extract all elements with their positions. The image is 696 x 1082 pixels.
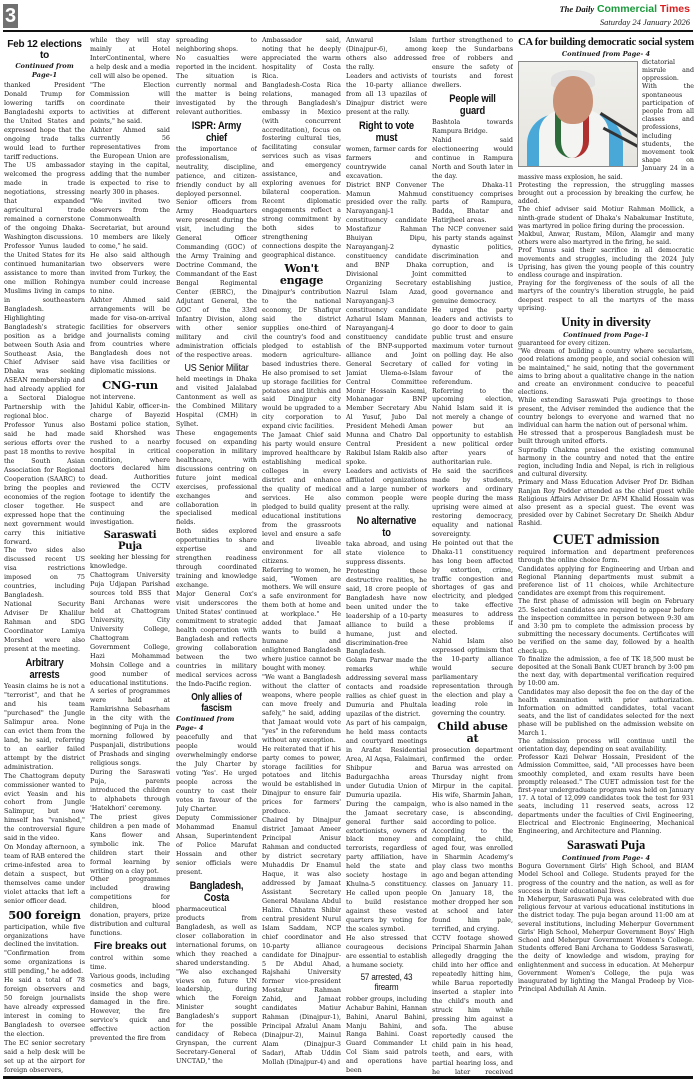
paragraph: CCTV footage showed Principal Sharmin Ja… <box>432 934 513 1074</box>
paragraph: Praying for the forgiveness of the souls… <box>518 280 694 313</box>
paragraph: Highlighting Bangladesh's strategic posi… <box>4 314 85 421</box>
paragraph: While extending Saraswati Puja greetings… <box>518 397 694 430</box>
column-5: Anwarul Islam (Dinajpur-6), among others… <box>346 36 427 1074</box>
paragraph: He reiterated that if his party comes to… <box>262 745 341 817</box>
paragraph: Various goods, including cosmetics and b… <box>90 972 170 1044</box>
headline-us-senior-militar: US Senior Militar <box>182 363 251 375</box>
column-2: while they will stay mainly at Hotel Int… <box>90 36 170 1074</box>
paragraph: guaranteed for every citizen. <box>518 340 694 348</box>
paragraph: Leaders and activists of affiliated orga… <box>346 467 427 512</box>
paragraph: Anwarul Islam (Dinajpur-6), among others… <box>346 36 427 72</box>
headline-cng-run: CNG-run <box>90 379 170 392</box>
paragraph: Supradip Chakma praised the existing com… <box>518 447 694 480</box>
paragraph: required information and department pref… <box>518 549 694 565</box>
top-rule <box>3 30 693 32</box>
paragraph: women, farmer cards for farmers and coun… <box>346 145 427 181</box>
column-6: further strengthened to keep the Sundarb… <box>432 36 513 1074</box>
paragraph: "Confirmation from some organizations is… <box>4 949 85 976</box>
paragraph: On Monday afternoon, a team of RAB enter… <box>4 843 85 906</box>
paragraph: National Security Adviser Dr Khalilur Ra… <box>4 600 85 654</box>
paragraph: He also said although two observers were… <box>90 251 170 296</box>
column-1: Feb 12 elections to Continued from Page-… <box>4 36 85 1074</box>
brand-times: Times <box>660 3 690 15</box>
paragraph: The US ambassador welcomed the progress … <box>4 161 85 242</box>
paragraph: held meetings in Dhaka and visited Jalal… <box>176 375 257 429</box>
headline-people-will-guard: People will guard <box>438 93 507 117</box>
paragraph: He stressed that a prosperous Bangladesh… <box>518 430 694 446</box>
paragraph: Bashtola towards Rampura Bridge. <box>432 118 513 136</box>
paragraph: Dinajpur's contribution to the national … <box>262 288 341 431</box>
paragraph: further strengthened to keep the Sundarb… <box>432 36 513 90</box>
paragraph: During the Saraswati Puja, parents intro… <box>90 768 170 813</box>
paragraph: Primary and Mass Education Adviser Prof … <box>518 479 694 528</box>
paragraph: "The Election Commission will coordinate… <box>90 81 170 126</box>
headline-500-foreign: 500 foreign <box>4 909 85 922</box>
headline-arbitrary-arrests: Arbitrary arrests <box>10 657 79 681</box>
paragraph: Major General Cox's visit underscores th… <box>176 590 257 688</box>
paragraph: The admission process will continue unti… <box>518 738 694 754</box>
continued-note: Continued from Page- 4 <box>518 854 694 862</box>
paragraph: Ambassador said, noting that he deeply a… <box>262 36 341 81</box>
headline-ca-democratic-social-system: CA for building democratic social system <box>518 37 694 49</box>
paragraph: He said a total of 78 foreign observers … <box>4 976 85 1039</box>
paragraph: robber groups, including Achabur Bahini,… <box>346 995 427 1074</box>
headline-right-to-vote-must: Right to vote must <box>352 120 421 144</box>
headline-fire-breaks-out: Fire breaks out <box>90 941 170 953</box>
paragraph: Professor Kazi Delwar Hossain, President… <box>518 754 694 836</box>
paragraph: Bangladesh-Costa Rica relations, managed… <box>262 81 341 260</box>
newspaper-brand: The Daily Commercial Times <box>559 3 690 15</box>
paragraph: prosecution department confirmed the ord… <box>432 746 513 827</box>
headline-cuet-admission: CUET admission <box>518 532 694 549</box>
paragraph: District BNP Convener Mamun Mahmud presi… <box>346 181 427 468</box>
continued-note: Continued from Page-1 <box>518 331 694 339</box>
paragraph: Other programmes included drawing compet… <box>90 875 170 938</box>
paragraph: Protesting the repression, the strugglin… <box>518 182 694 207</box>
paragraph: The NCP convener said his party stands a… <box>432 225 513 306</box>
paragraph: Leaders and activists of the 10-party al… <box>346 72 427 117</box>
paragraph: "We invited two observers from the Commo… <box>90 197 170 251</box>
headline-ispr-army-chief: ISPR: Army chief <box>182 120 251 144</box>
paragraph: During the campaign, the Jamaat secretar… <box>346 800 427 934</box>
column-3: spreading to neighboring shops. No casua… <box>176 36 257 1074</box>
headline-only-allies-of-fascism: Only allies of fascism <box>182 692 251 714</box>
page-number: 3 <box>3 4 18 28</box>
paragraph: Chattogram University Puja Udjapan Paris… <box>90 571 170 687</box>
paragraph: dictatorial misrule and oppression. With… <box>518 59 694 182</box>
paragraph: The two sides also discussed recent US v… <box>4 546 85 600</box>
right-section: CA for building democratic social system… <box>518 36 694 1074</box>
continued-note: Continued from Page-1 <box>4 62 85 80</box>
paragraph: Bogura Government Girls' High School, an… <box>518 863 694 896</box>
paragraph: participation, while five organizations … <box>4 923 85 950</box>
brand-commercial: Commercial <box>597 3 657 15</box>
headline-saraswati-puja: Saraswati Puja <box>90 530 170 552</box>
headline-no-alternative-to: No alternative to <box>352 515 421 539</box>
paragraph: He pointed out that the Dhaka-11 constit… <box>432 539 513 637</box>
paragraph: the importance of professionalism, neutr… <box>176 145 257 199</box>
paragraph: The Jamaat Chief said his party would en… <box>262 431 341 565</box>
paragraph: Deputy Commissioner Mohammad Enamul Ahsa… <box>176 814 257 877</box>
headline-57-arrested: 57 arrested, 43 firearm <box>352 973 421 994</box>
paragraph: No casualties were reported in the incid… <box>176 54 257 117</box>
paragraph: Chaired by Dinajpur district Jamaat Amee… <box>262 816 341 1067</box>
paragraph: He said the sacrifices made by students,… <box>432 467 513 539</box>
paragraph: taka abroad, and using state violence to… <box>346 540 427 567</box>
headline-unity-in-diversity: Unity in diversity <box>518 316 694 330</box>
paragraph: control within some time. <box>90 954 170 972</box>
headline-saraswati-puja-right: Saraswati Puja <box>518 839 694 853</box>
paragraph: peacefully and that people would overwhe… <box>176 733 257 814</box>
paragraph: thanked President Donald Trump for lower… <box>4 81 85 162</box>
paragraph: Jahidul Kabir, officer-in-charge of Baye… <box>90 402 170 527</box>
paragraph: In Meherpur, Saraswati Puja was celebrat… <box>518 896 694 994</box>
bottom-rule <box>3 1076 693 1079</box>
brand-the-daily: The Daily <box>559 4 594 14</box>
paragraph: not intervene. <box>90 393 170 402</box>
column-4: Ambassador said, noting that he deeply a… <box>262 36 341 1074</box>
paragraph: Makbul, Anwar, Rustam, Milon, Alamgir an… <box>518 231 694 247</box>
paragraph: "We also exchanged views on future UN le… <box>176 968 257 1066</box>
headline-wont-engage: Won't engage <box>262 263 341 287</box>
paragraph: Both sides explored opportunities to sha… <box>176 527 257 590</box>
masthead: 3 The Daily Commercial Times Saturday 24… <box>0 0 696 32</box>
dateline: Saturday 24 January 2026 <box>600 17 690 27</box>
paragraph: He urged the party leaders and activists… <box>432 306 513 387</box>
paragraph: seeking her blessing for knowledge. <box>90 553 170 571</box>
paragraph: Yeasin claims he is not a "terrorist", a… <box>4 682 85 772</box>
paragraph: while they will stay mainly at Hotel Int… <box>90 36 170 81</box>
paragraph: He also stressed that courageous decisio… <box>346 934 427 970</box>
paragraph: The priest gives children a pen made of … <box>90 813 170 876</box>
paragraph: Candidates may also deposit the fee on t… <box>518 689 694 738</box>
paragraph: Senior officers from Army Headquarters w… <box>176 198 257 359</box>
headline-child-abuse-at: Child abuse at <box>432 721 513 745</box>
paragraph: Akhter Ahmed said currently 56 represent… <box>90 126 170 198</box>
paragraph: "We want a Bangladesh without the clatte… <box>262 673 341 745</box>
paragraph: spreading to neighboring shops. <box>176 36 257 54</box>
paragraph: Protesting these destructive realities, … <box>346 567 427 657</box>
paragraph: The Dhaka-11 constituency comprises part… <box>432 181 513 226</box>
paragraph: According to the complaint, the child, a… <box>432 827 513 934</box>
paragraph: Nahid said electioneering would continue… <box>432 136 513 181</box>
paragraph: As part of his campaign, he held mass co… <box>346 719 427 800</box>
paragraph: pharmaceutical products from Bangladesh,… <box>176 905 257 968</box>
paragraph: Golam Parwar made the remarks while addr… <box>346 656 427 719</box>
continued-note: Continued from Page- 4 <box>518 50 694 58</box>
chief-adviser-photo <box>518 61 638 167</box>
paragraph: "We dream of building a country where se… <box>518 348 694 397</box>
paragraph: Akhter Ahmed said arrangements will be m… <box>90 296 170 377</box>
paragraph: These engagements focused on expanding c… <box>176 429 257 527</box>
paragraph: The first phase of admission will begin … <box>518 598 694 655</box>
paragraph: Referring to women, he said, "Women are … <box>262 566 341 673</box>
paragraph: The Chattogram deputy commissioner wante… <box>4 772 85 844</box>
paragraph: Referring to the upcoming election, Nahi… <box>432 387 513 468</box>
paragraph: To finalize the admission, a fee of TK 1… <box>518 656 694 689</box>
paragraph: Professor Yunus also said he had made se… <box>4 421 85 546</box>
headline-feb12-elections: Feb 12 elections to <box>4 39 85 61</box>
continued-note: Continued from Page- 4 <box>176 715 257 733</box>
paragraph: The EC senior secretary said a help desk… <box>4 1039 85 1074</box>
paragraph: Professor Yunus lauded the United States… <box>4 242 85 314</box>
paragraph: Nahid Islam also expressed optimism that… <box>432 637 513 718</box>
headline-bangladesh-costa: Bangladesh, Costa <box>182 880 251 904</box>
paragraph: Prof Yunus said their sacrifice in all d… <box>518 247 694 280</box>
paragraph: The chief adviser said Motiur Rahman Mol… <box>518 206 694 231</box>
paragraph: A series of programmes were held at Ramk… <box>90 687 170 768</box>
paragraph: Candidates applying for Engineering and … <box>518 566 694 599</box>
